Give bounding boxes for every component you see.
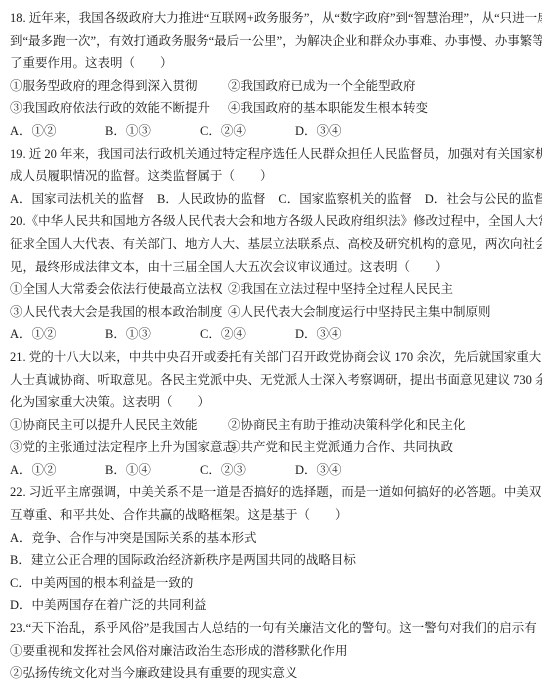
exam-page: 18. 近年来，我国各级政府大力推进“互联网+政务服务”，从“数字政府”到“智慧… <box>0 0 550 699</box>
question-stem-line: 23.“天下治乱，系乎风俗”是我国古人总结的一句有关廉洁文化的警句。这一警句对我… <box>10 617 542 640</box>
option-c: C．国家监察机关的监督 <box>278 188 411 211</box>
question-stem-line: 19. 近 20 年来，我国司法行政机关通过特定程序选任人民群众担任人民监督员，… <box>10 143 542 166</box>
stem-text: 人士真诚协商、听取意见。各民主党派中央、无党派人士深入考察调研，提出书面意见建议… <box>10 373 542 387</box>
question-block-22: 22. 习近平主席强调，中美关系不是一道是否搞好的选择题，而是一道如何搞好的必答… <box>10 481 542 617</box>
statement-right: ②我国政府已成为一个全能型政府 <box>228 75 416 98</box>
option-a: A．①② <box>10 459 105 482</box>
option-a: A．国家司法机关的监督 <box>10 188 144 211</box>
stem-text: 21. 党的十八大以来，中共中央召开或委托有关部门召开政党协商会议 170 余次… <box>10 350 542 364</box>
stem-text: 20.《中华人民共和国地方各级人民代表大会和地方各级人民政府组织法》修改过程中，… <box>10 214 542 228</box>
question-list: 18. 近年来，我国各级政府大力推进“互联网+政务服务”，从“数字政府”到“智慧… <box>10 7 542 685</box>
answer-option-line: D．中美两国存在着广泛的共同利益 <box>10 594 542 617</box>
option-text: D．中美两国存在着广泛的共同利益 <box>10 598 207 612</box>
statement-left: ①全国人大常委会依法行使最高立法权 <box>10 278 228 301</box>
answer-options-row: A．国家司法机关的监督B．人民政协的监督C．国家监察机关的监督D．社会与公民的监… <box>10 188 542 211</box>
stem-text: 18. 近年来，我国各级政府大力推进“互联网+政务服务”，从“数字政府”到“智慧… <box>10 11 542 25</box>
answer-option-line: C．中美两国的根本利益是一致的 <box>10 572 542 595</box>
answer-options-row: A．①②B．①④C．②③D．③④ <box>10 459 542 482</box>
stem-text: 了重要作用。这表明（ ） <box>10 56 173 70</box>
statement-left: ③我国政府依法行政的效能不断提升 <box>10 97 228 120</box>
statement-line: ①要重视和发挥社会风俗对廉洁政治生态形成的潜移默化作用 <box>10 640 542 663</box>
question-block-19: 19. 近 20 年来，我国司法行政机关通过特定程序选任人民群众担任人民监督员，… <box>10 143 542 211</box>
option-b: B．①③ <box>105 120 200 143</box>
option-c: C．②③ <box>200 459 295 482</box>
statement-pair-row: ①服务型政府的理念得到深入贯彻②我国政府已成为一个全能型政府 <box>10 75 542 98</box>
statement-pair-row: ③党的主张通过法定程序上升为国家意志④共产党和民主党派通力合作、共同执政 <box>10 436 542 459</box>
option-d: D．③④ <box>295 459 342 482</box>
option-text: A．竞争、合作与冲突是国际关系的基本形式 <box>10 531 257 545</box>
statement-pair-row: ③人民代表大会是我国的根本政治制度④人民代表大会制度运行中坚持民主集中制原则 <box>10 301 542 324</box>
answer-option-line: A．竞争、合作与冲突是国际关系的基本形式 <box>10 527 542 550</box>
statement-text: ②弘扬传统文化对当今廉政建设具有重要的现实意义 <box>10 666 298 680</box>
statement-pair-row: ③我国政府依法行政的效能不断提升④我国政府的基本职能发生根本转变 <box>10 97 542 120</box>
question-stem-line: 20.《中华人民共和国地方各级人民代表大会和地方各级人民政府组织法》修改过程中，… <box>10 210 542 233</box>
statement-pair-row: ①协商民主可以提升人民民主效能②协商民主有助于推动决策科学化和民主化 <box>10 414 542 437</box>
question-block-20: 20.《中华人民共和国地方各级人民代表大会和地方各级人民政府组织法》修改过程中，… <box>10 210 542 346</box>
option-d: D．社会与公民的监督 <box>425 188 542 211</box>
option-a: A．①② <box>10 323 105 346</box>
question-stem-line: 化为国家重大决策。这表明（ ） <box>10 391 542 414</box>
question-stem-line: 21. 党的十八大以来，中共中央召开或委托有关部门召开政党协商会议 170 余次… <box>10 346 542 369</box>
statement-text: ①要重视和发挥社会风俗对廉洁政治生态形成的潜移默化作用 <box>10 644 348 658</box>
option-b: B．人民政协的监督 <box>157 188 265 211</box>
question-stem-line: 22. 习近平主席强调，中美关系不是一道是否搞好的选择题，而是一道如何搞好的必答… <box>10 481 542 504</box>
statement-left: ③党的主张通过法定程序上升为国家意志 <box>10 436 228 459</box>
question-block-23: 23.“天下治乱，系乎风俗”是我国古人总结的一句有关廉洁文化的警句。这一警句对我… <box>10 617 542 685</box>
question-stem-line: 到“最多跑一次”，有效打通政务服务“最后一公里”，为解决企业和群众办事难、办事慢… <box>10 30 542 53</box>
question-stem-line: 了重要作用。这表明（ ） <box>10 52 542 75</box>
statement-right: ④人民代表大会制度运行中坚持民主集中制原则 <box>228 301 491 324</box>
statement-right: ②我国在立法过程中坚持全过程人民民主 <box>228 278 453 301</box>
stem-text: 22. 习近平主席强调，中美关系不是一道是否搞好的选择题，而是一道如何搞好的必答… <box>10 485 542 499</box>
statement-pair-row: ①全国人大常委会依法行使最高立法权②我国在立法过程中坚持全过程人民民主 <box>10 278 542 301</box>
option-c: C．②④ <box>200 120 295 143</box>
answer-option-line: B．建立公正合理的国际政治经济新秩序是两国共同的战略目标 <box>10 549 542 572</box>
option-a: A．①② <box>10 120 105 143</box>
stem-text: 见，最终形成法律文本，由十三届全国人大五次会议审议通过。这表明（ ） <box>10 260 448 274</box>
answer-options-row: A．①②B．①③C．②④D．③④ <box>10 323 542 346</box>
question-block-21: 21. 党的十八大以来，中共中央召开或委托有关部门召开政党协商会议 170 余次… <box>10 346 542 482</box>
question-stem-line: 征求全国人大代表、有关部门、地方人大、基层立法联系点、高校及研究机构的意见，两次… <box>10 233 542 256</box>
stem-text: 19. 近 20 年来，我国司法行政机关通过特定程序选任人民群众担任人民监督员，… <box>10 147 542 161</box>
question-block-18: 18. 近年来，我国各级政府大力推进“互联网+政务服务”，从“数字政府”到“智慧… <box>10 7 542 143</box>
statement-right: ④共产党和民主党派通力合作、共同执政 <box>228 436 453 459</box>
stem-text: 化为国家重大决策。这表明（ ） <box>10 395 210 409</box>
statement-line: ②弘扬传统文化对当今廉政建设具有重要的现实意义 <box>10 662 542 685</box>
option-text: B．建立公正合理的国际政治经济新秩序是两国共同的战略目标 <box>10 553 356 567</box>
option-d: D．③④ <box>295 120 342 143</box>
question-stem-line: 人士真诚协商、听取意见。各民主党派中央、无党派人士深入考察调研，提出书面意见建议… <box>10 369 542 392</box>
statement-left: ①服务型政府的理念得到深入贯彻 <box>10 75 228 98</box>
answer-options-row: A．①②B．①③C．②④D．③④ <box>10 120 542 143</box>
statement-left: ①协商民主可以提升人民民主效能 <box>10 414 228 437</box>
stem-text: 到“最多跑一次”，有效打通政务服务“最后一公里”，为解决企业和群众办事难、办事慢… <box>10 34 542 48</box>
option-text: C．中美两国的根本利益是一致的 <box>10 576 193 590</box>
statement-right: ②协商民主有助于推动决策科学化和民主化 <box>228 414 466 437</box>
question-stem-line: 见，最终形成法律文本，由十三届全国人大五次会议审议通过。这表明（ ） <box>10 256 542 279</box>
question-stem-line: 成人员履职情况的监督。这类监督属于（ ） <box>10 165 542 188</box>
statement-right: ④我国政府的基本职能发生根本转变 <box>228 97 428 120</box>
stem-text: 征求全国人大代表、有关部门、地方人大、基层立法联系点、高校及研究机构的意见，两次… <box>10 237 542 251</box>
option-b: B．①④ <box>105 459 200 482</box>
option-c: C．②④ <box>200 323 295 346</box>
option-b: B．①③ <box>105 323 200 346</box>
stem-text: 互尊重、和平共处、合作共赢的战略框架。这是基于（ ） <box>10 508 348 522</box>
question-stem-line: 互尊重、和平共处、合作共赢的战略框架。这是基于（ ） <box>10 504 542 527</box>
option-d: D．③④ <box>295 323 342 346</box>
stem-text: 23.“天下治乱，系乎风俗”是我国古人总结的一句有关廉洁文化的警句。这一警句对我… <box>10 621 542 635</box>
stem-text: 成人员履职情况的监督。这类监督属于（ ） <box>10 169 273 183</box>
question-stem-line: 18. 近年来，我国各级政府大力推进“互联网+政务服务”，从“数字政府”到“智慧… <box>10 7 542 30</box>
statement-left: ③人民代表大会是我国的根本政治制度 <box>10 301 228 324</box>
